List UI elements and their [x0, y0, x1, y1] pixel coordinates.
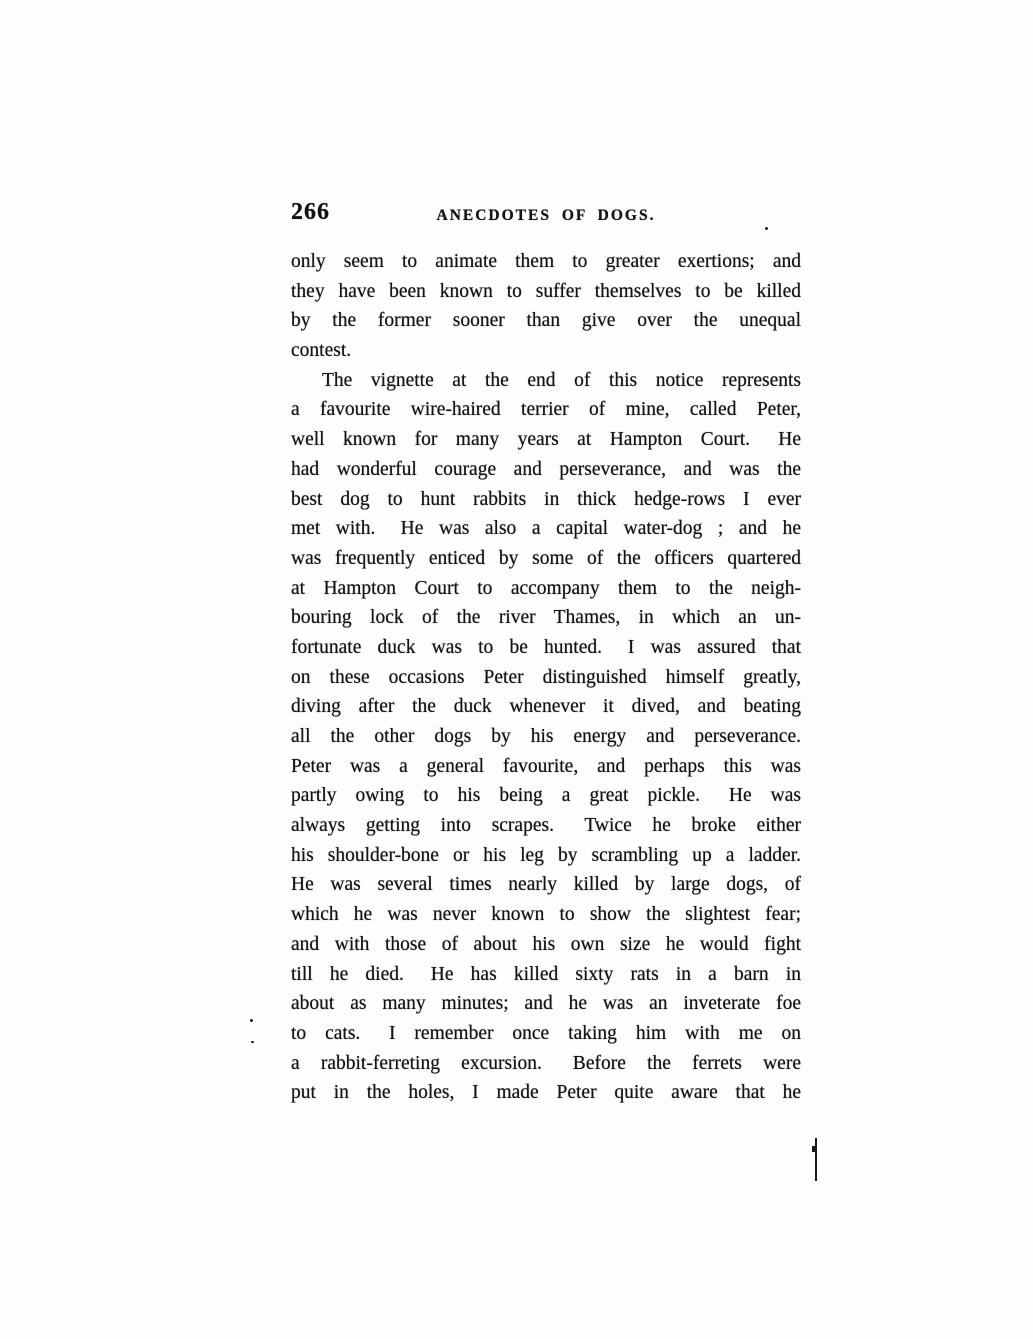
text-line: and with those of about his own size he … — [291, 930, 801, 960]
text-line: well known for many years at Hampton Cou… — [291, 425, 801, 455]
text-line: till he died. He has killed sixty rats i… — [291, 960, 801, 990]
text-line: put in the holes, I made Peter quite awa… — [291, 1078, 801, 1108]
text-line: his shoulder-bone or his leg by scrambli… — [291, 841, 801, 871]
text-line: which he was never known to show the sli… — [291, 900, 801, 930]
book-page: 266 ANECDOTES OF DOGS. only seem to anim… — [0, 0, 1033, 1339]
text-line: The vignette at the end of this notice r… — [291, 366, 801, 396]
text-line: bouring lock of the river Thames, in whi… — [291, 603, 801, 633]
text-line: was frequently enticed by some of the of… — [291, 544, 801, 574]
text-line: He was several times nearly killed by la… — [291, 870, 801, 900]
text-line: contest. — [291, 336, 801, 366]
text-line: always getting into scrapes. Twice he br… — [291, 811, 801, 841]
text-line: a favourite wire-haired terrier of mine,… — [291, 395, 801, 425]
scan-speck — [765, 227, 768, 230]
text-line: they have been known to suffer themselve… — [291, 277, 801, 307]
text-line: diving after the duck whenever it dived,… — [291, 692, 801, 722]
text-line: had wonderful courage and perseverance, … — [291, 455, 801, 485]
text-line: Peter was a general favourite, and perha… — [291, 752, 801, 782]
text-line: partly owing to his being a great pickle… — [291, 781, 801, 811]
text-line: fortunate duck was to be hunted. I was a… — [291, 633, 801, 663]
text-line: by the former sooner than give over the … — [291, 306, 801, 336]
running-title: ANECDOTES OF DOGS. — [291, 208, 801, 224]
text-line: to cats. I remember once taking him with… — [291, 1019, 801, 1049]
text-line: a rabbit-ferreting excursion. Before the… — [291, 1049, 801, 1079]
scan-speck — [250, 1019, 253, 1022]
scan-artifact-vertical-line — [815, 1138, 817, 1181]
scan-artifact-vertical-line-notch — [812, 1146, 815, 1152]
body-text: only seem to animate them to greater exe… — [291, 247, 801, 1108]
text-line: all the other dogs by his energy and per… — [291, 722, 801, 752]
text-line: at Hampton Court to accompany them to th… — [291, 574, 801, 604]
text-line: only seem to animate them to greater exe… — [291, 247, 801, 277]
scan-speck — [251, 1041, 254, 1043]
text-line: best dog to hunt rabbits in thick hedge-… — [291, 485, 801, 515]
text-line: about as many minutes; and he was an inv… — [291, 989, 801, 1019]
text-line: met with. He was also a capital water-do… — [291, 514, 801, 544]
text-line: on these occasions Peter distinguished h… — [291, 663, 801, 693]
